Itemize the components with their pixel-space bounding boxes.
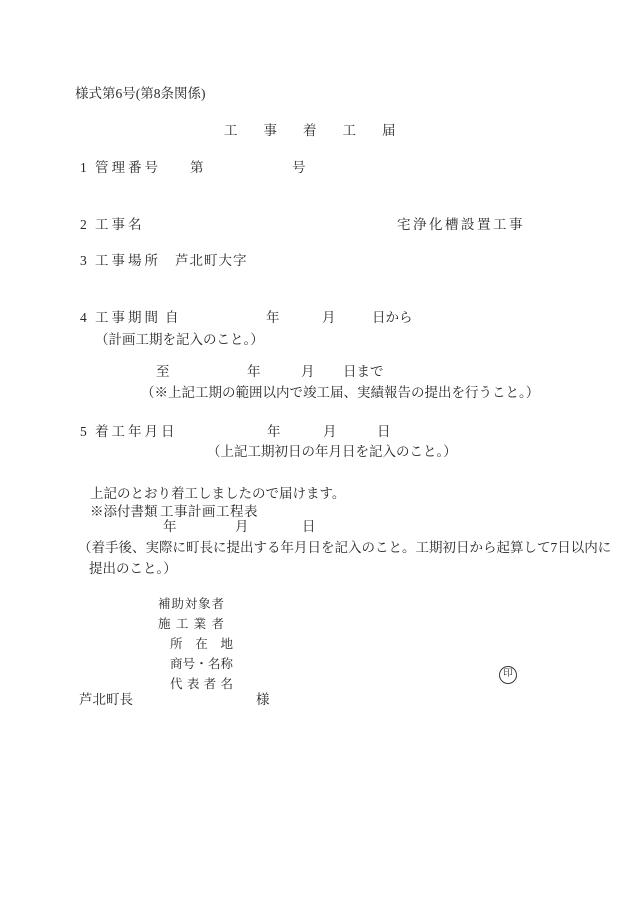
attachment-value: 工事計画工程表: [160, 504, 258, 520]
addressee-honorific: 様: [256, 692, 270, 708]
item4-to-year-label: 年: [247, 364, 261, 380]
item5-note: （上記工期初日の年月日を記入のこと。）: [207, 444, 457, 460]
item1-number: 1: [80, 160, 87, 176]
submit-note-line1: （着手後、実際に町長に提出する年月日を記入のこと。工期初日から起算して7日以内に: [78, 540, 611, 556]
item4-to-label: 至: [156, 364, 170, 380]
submit-month-label: 月: [235, 519, 249, 535]
attachment-label: ※添付書類: [90, 504, 158, 520]
addressee-name: 芦北町長: [79, 692, 133, 708]
item5-year-label: 年: [267, 424, 281, 440]
signer-subsidy-target-label: 補助対象者: [158, 596, 224, 612]
item1-prefix: 第: [190, 160, 204, 176]
item4-from-day-label: 日から: [372, 310, 413, 326]
item4-to-day-label: 日まで: [343, 364, 384, 380]
item1-label: 管理番号: [95, 160, 161, 176]
item4-number: 4: [80, 310, 87, 326]
item3-number: 3: [80, 253, 87, 269]
item2-value: 宅浄化槽設置工事: [397, 217, 525, 233]
item5-day-label: 日: [377, 424, 391, 440]
item1-suffix: 号: [292, 160, 306, 176]
declaration-text: 上記のとおり着工しましたので届けます。: [90, 486, 345, 502]
item4-from-label: 自: [165, 310, 179, 326]
item5-number: 5: [80, 424, 87, 440]
submit-year-label: 年: [163, 519, 177, 535]
item2-number: 2: [80, 217, 87, 233]
document-page: 様式第6号(第8条関係) 工事着工届 1 管理番号 第 号 2 工事名 宅浄化槽…: [0, 0, 630, 915]
item3-label: 工事場所: [95, 253, 161, 269]
signer-address-label: 所在地: [170, 636, 233, 652]
seal-icon: 印: [499, 666, 517, 684]
signer-contractor-label: 施工業者: [158, 616, 224, 632]
form-number-label: 様式第6号(第8条関係): [75, 86, 206, 102]
submit-day-label: 日: [302, 519, 316, 535]
item4-plan-note: （計画工期を記入のこと。）: [95, 332, 264, 348]
item3-value: 芦北町大字: [175, 253, 248, 269]
signer-representative-label: 代表者名: [170, 676, 233, 692]
item5-month-label: 月: [323, 424, 337, 440]
item4-from-month-label: 月: [322, 310, 336, 326]
item4-label: 工事期間: [95, 310, 161, 326]
submit-note-line2: 提出のこと。）: [89, 561, 177, 577]
seal-character: 印: [503, 670, 513, 680]
item4-to-month-label: 月: [301, 364, 315, 380]
item2-label: 工事名: [95, 217, 145, 233]
item4-range-note: （※上記工期の範囲以内で竣工届、実績報告の提出を行うこと。）: [141, 385, 539, 401]
item5-label: 着工年月日: [95, 424, 178, 440]
item4-from-year-label: 年: [266, 310, 280, 326]
document-title: 工事着工届: [224, 123, 422, 139]
signer-company-name-label: 商号・名称: [170, 656, 233, 672]
